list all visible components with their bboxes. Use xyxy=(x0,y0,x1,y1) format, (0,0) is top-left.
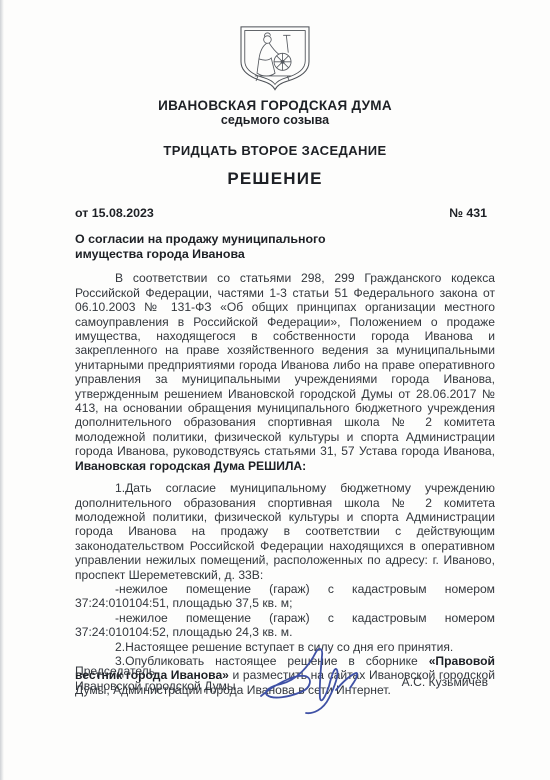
signature-block: Председатель Ивановской городской Думы А… xyxy=(75,664,488,695)
preamble-paragraph: В соответствии со статьями 298, 299 Граж… xyxy=(75,271,495,473)
convocation-label: седьмого созыва xyxy=(0,113,550,127)
resolution-item-1: 1.Дать согласие муниципальному бюджетном… xyxy=(75,481,495,582)
preamble-resolved-clause: Ивановская городская Дума РЕШИЛА: xyxy=(75,459,306,473)
document-header: ИВАНОВСКАЯ ГОРОДСКАЯ ДУМА седьмого созыв… xyxy=(0,24,550,189)
garage-1-line-2: 37:24:010104:51, площадью 37,5 кв. м; xyxy=(75,596,495,610)
garage-1-line-1: -нежилое помещение (гараж) с кадастровым… xyxy=(75,582,495,596)
meta-row: от 15.08.2023 № 431 xyxy=(75,206,487,220)
signer-name: А.С. Кузьмичев xyxy=(402,675,488,690)
document-number: № 431 xyxy=(449,206,487,220)
garage-item-1: -нежилое помещение (гараж) с кадастровым… xyxy=(75,582,495,611)
scan-edge-artifact xyxy=(0,0,4,780)
signer-position-line-1: Председатель xyxy=(75,664,236,679)
signer-position-line-2: Ивановской городской Думы xyxy=(75,679,236,694)
document-subject: О согласии на продажу муниципального иму… xyxy=(75,232,475,262)
garage-item-2: -нежилое помещение (гараж) с кадастровым… xyxy=(75,611,495,640)
ivanovo-coat-of-arms-icon xyxy=(232,24,318,92)
spinning-woman-figure xyxy=(255,33,291,81)
garage-2-line-1: -нежилое помещение (гараж) с кадастровым… xyxy=(75,611,495,625)
garage-2-line-2: 37:24:010104:52, площадью 24,3 кв. м. xyxy=(75,625,495,639)
document-type-title: РЕШЕНИЕ xyxy=(0,169,550,189)
signer-position: Председатель Ивановской городской Думы xyxy=(75,664,236,695)
document-date: от 15.08.2023 xyxy=(75,206,154,220)
resolution-item-2: 2.Настоящее решение вступает в силу со д… xyxy=(75,640,495,654)
document-page: ИВАНОВСКАЯ ГОРОДСКАЯ ДУМА седьмого созыв… xyxy=(0,0,550,780)
session-title: ТРИДЦАТЬ ВТОРОЕ ЗАСЕДАНИЕ xyxy=(0,143,550,158)
preamble-text: В соответствии со статьями 298, 299 Граж… xyxy=(75,271,495,458)
subject-line-1: О согласии на продажу муниципального xyxy=(75,232,326,246)
subject-line-2: имущества города Иванова xyxy=(75,247,245,261)
organization-name: ИВАНОВСКАЯ ГОРОДСКАЯ ДУМА xyxy=(0,98,550,113)
document-body: В соответствии со статьями 298, 299 Граж… xyxy=(75,271,495,697)
